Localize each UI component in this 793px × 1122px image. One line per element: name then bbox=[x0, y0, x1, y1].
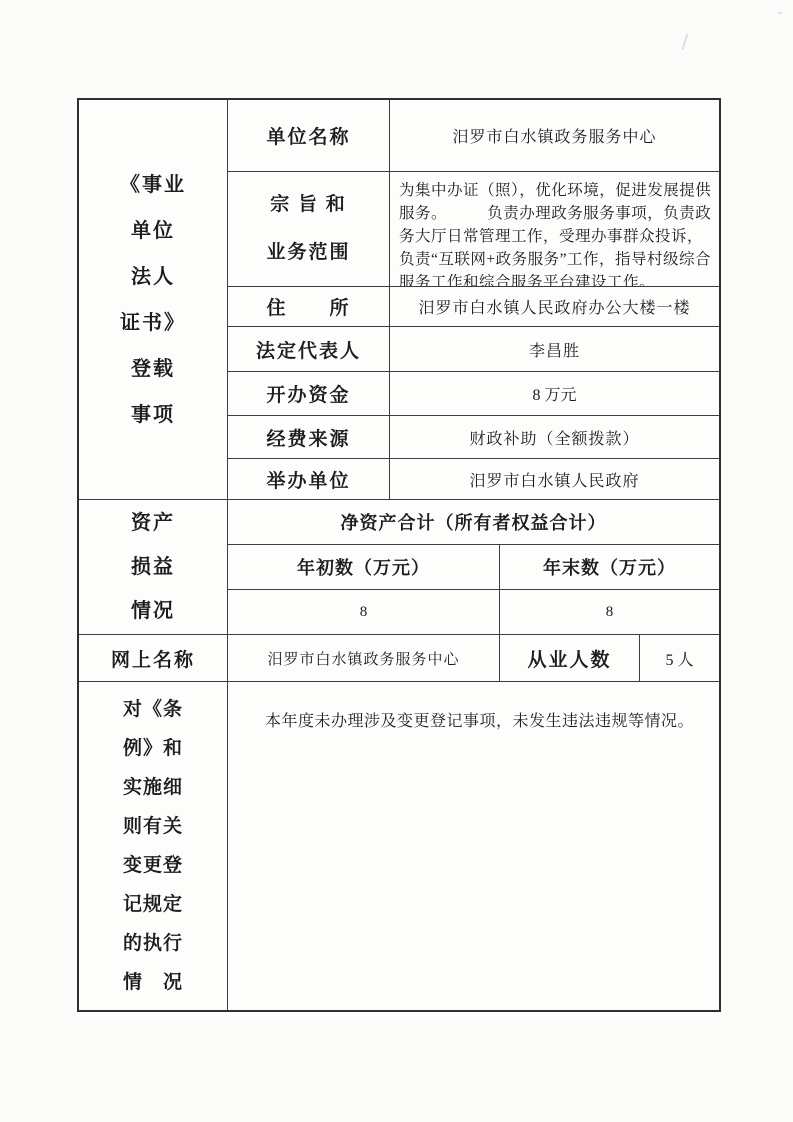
certificate-section-header: 《事业 单位 法人 证书》 登载 事项 bbox=[79, 100, 228, 500]
assets-section-header: 资产 损益 情况 bbox=[79, 500, 228, 635]
startup-capital-value: 8 万元 bbox=[390, 372, 719, 416]
sponsor-unit-value: 汨罗市白水镇人民政府 bbox=[390, 459, 719, 500]
startup-capital-label: 开办资金 bbox=[228, 372, 390, 416]
year-begin-column-header: 年初数（万元） bbox=[228, 545, 500, 590]
year-end-column-header: 年末数（万元） bbox=[500, 545, 719, 590]
online-name-value: 汨罗市白水镇政务服务中心 bbox=[228, 635, 500, 682]
sponsor-unit-label: 举办单位 bbox=[228, 459, 390, 500]
funding-source-value: 财政补助（全额拨款） bbox=[390, 416, 719, 459]
legal-representative-value: 李昌胜 bbox=[390, 327, 719, 372]
scanned-form-page: 《事业 单位 法人 证书》 登载 事项 单位名称 汨罗市白水镇政务服务中心 宗 … bbox=[0, 0, 793, 1122]
year-begin-value: 8 bbox=[228, 590, 500, 635]
purpose-scope-label: 宗 旨 和 业务范围 bbox=[228, 172, 390, 287]
unit-name-label: 单位名称 bbox=[228, 100, 390, 172]
scan-artifact-scratch bbox=[681, 33, 688, 50]
purpose-scope-value: 为集中办证（照），优化环境，促进发展提供服务。 负责办理政务服务事项，负责政务大… bbox=[390, 172, 719, 287]
staff-count-label: 从业人数 bbox=[500, 635, 640, 682]
legal-representative-label: 法定代表人 bbox=[228, 327, 390, 372]
scan-artifact-speck bbox=[778, 12, 782, 14]
funding-source-label: 经费来源 bbox=[228, 416, 390, 459]
annual-report-table: 《事业 单位 法人 证书》 登载 事项 单位名称 汨罗市白水镇政务服务中心 宗 … bbox=[77, 98, 721, 1012]
address-value: 汨罗市白水镇人民政府办公大楼一楼 bbox=[390, 287, 719, 327]
compliance-section-header: 对《条 例》和 实施细 则有关 变更登 记规定 的执行 情 况 bbox=[79, 682, 228, 1010]
net-assets-title: 净资产合计（所有者权益合计） bbox=[228, 500, 719, 545]
compliance-statement: 本年度未办理涉及变更登记事项，未发生违法违规等情况。 bbox=[228, 682, 719, 1010]
address-label: 住 所 bbox=[228, 287, 390, 327]
staff-count-value: 5 人 bbox=[640, 635, 719, 682]
year-end-value: 8 bbox=[500, 590, 719, 635]
unit-name-value: 汨罗市白水镇政务服务中心 bbox=[390, 100, 719, 172]
online-name-label: 网上名称 bbox=[79, 635, 228, 682]
